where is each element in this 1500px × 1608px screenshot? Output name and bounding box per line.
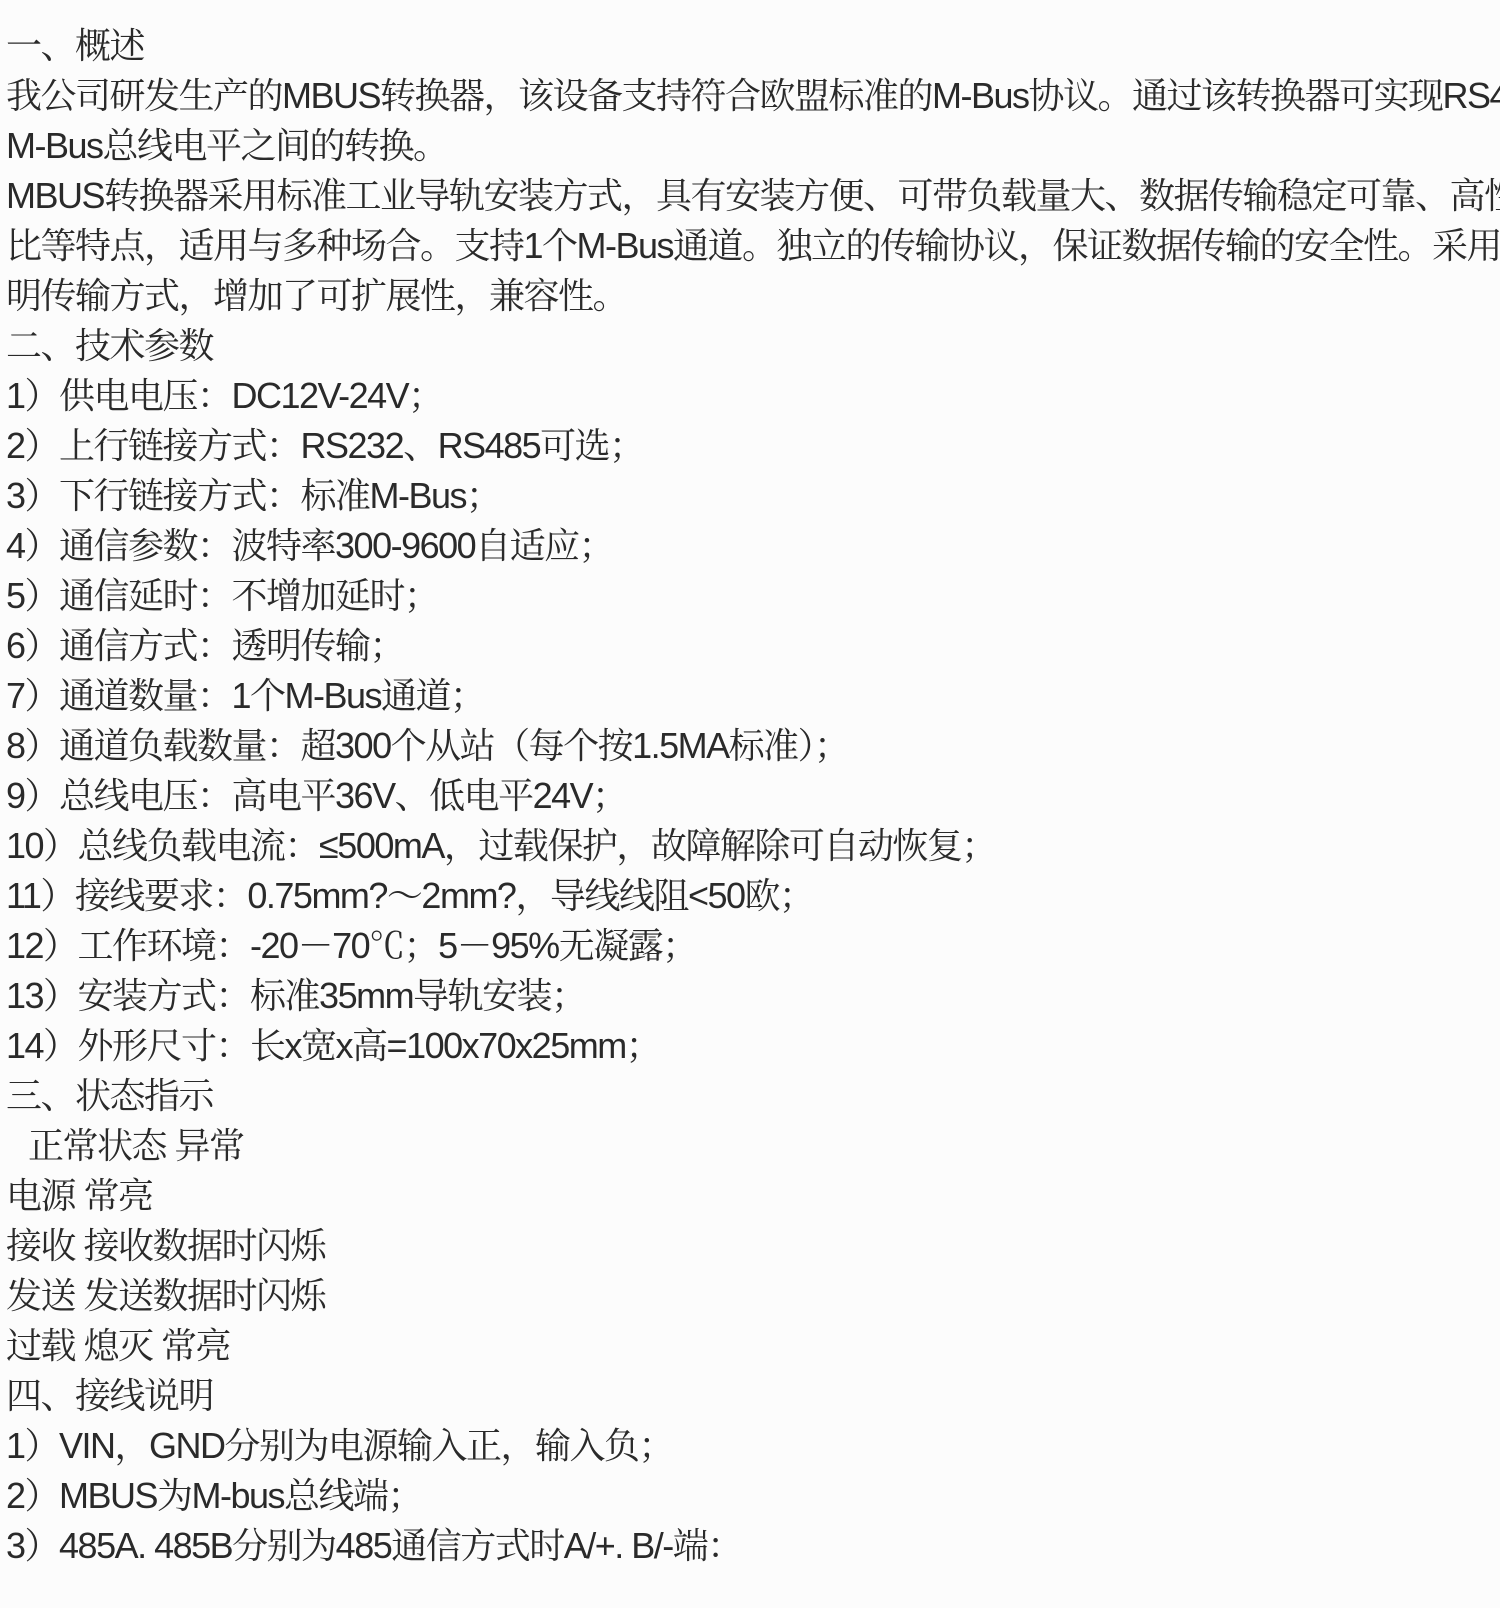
doc-line: 5）通信延时：不增加延时； <box>6 571 1500 621</box>
doc-line: 14）外形尺寸：长x宽x高=100x70x25mm； <box>6 1021 1500 1071</box>
section-wiring: 四、接线说明 1）VIN，GND分别为电源输入正，输入负； 2）MBUS为M-b… <box>6 1371 1500 1571</box>
doc-line: 明传输方式，增加了可扩展性，兼容性。 <box>6 271 1500 321</box>
section-tech-params: 二、技术参数 1）供电电压：DC12V-24V； 2）上行链接方式：RS232、… <box>6 321 1500 1071</box>
status-row-power: 电源 常亮 <box>6 1171 1500 1221</box>
section-status-indicators: 三、状态指示 正常状态 异常 电源 常亮 接收 接收数据时闪烁 发送 发送数据时… <box>6 1071 1500 1371</box>
status-row-send: 发送 发送数据时闪烁 <box>6 1271 1500 1321</box>
doc-line: 2）上行链接方式：RS232、RS485可选； <box>6 421 1500 471</box>
section-overview: 一、概述 我公司研发生产的MBUS转换器，该设备支持符合欧盟标准的M-Bus协议… <box>6 21 1500 321</box>
doc-line: 1）供电电压：DC12V-24V； <box>6 371 1500 421</box>
section-heading: 一、概述 <box>6 21 1500 71</box>
doc-line: 我公司研发生产的MBUS转换器，该设备支持符合欧盟标准的M-Bus协议。通过该转… <box>6 71 1500 121</box>
doc-line: 比等特点，适用与多种场合。支持1个M-Bus通道。独立的传输协议，保证数据传输的… <box>6 221 1500 271</box>
doc-line: M-Bus总线电平之间的转换。 <box>6 121 1500 171</box>
status-table-header: 正常状态 异常 <box>6 1121 1500 1171</box>
doc-line: 8）通道负载数量：超300个从站（每个按1.5MA标准）； <box>6 721 1500 771</box>
doc-line: 11）接线要求：0.75mm?～2mm?，导线线阻<50欧； <box>6 871 1500 921</box>
section-heading: 四、接线说明 <box>6 1371 1500 1421</box>
status-row-overload: 过载 熄灭 常亮 <box>6 1321 1500 1371</box>
doc-line: MBUS转换器采用标准工业导轨安装方式，具有安装方便、可带负载量大、数据传输稳定… <box>6 171 1500 221</box>
doc-line: 9）总线电压：高电平36V、低电平24V； <box>6 771 1500 821</box>
doc-line: 6）通信方式：透明传输； <box>6 621 1500 671</box>
document-page: 一、概述 我公司研发生产的MBUS转换器，该设备支持符合欧盟标准的M-Bus协议… <box>0 0 1500 1608</box>
doc-line: 10）总线负载电流：≤500mA，过载保护，故障解除可自动恢复； <box>6 821 1500 871</box>
doc-line: 1）VIN，GND分别为电源输入正，输入负； <box>6 1421 1500 1471</box>
section-heading: 三、状态指示 <box>6 1071 1500 1121</box>
doc-line: 7）通道数量：1个M-Bus通道； <box>6 671 1500 721</box>
doc-line: 3）下行链接方式：标准M-Bus； <box>6 471 1500 521</box>
doc-line: 2）MBUS为M-bus总线端； <box>6 1471 1500 1521</box>
doc-line: 13）安装方式：标准35mm导轨安装； <box>6 971 1500 1021</box>
status-row-receive: 接收 接收数据时闪烁 <box>6 1221 1500 1271</box>
doc-line: 12）工作环境：-20－70℃；5－95%无凝露； <box>6 921 1500 971</box>
doc-line: 3）485A. 485B分别为485通信方式时A/+. B/-端： <box>6 1521 1500 1571</box>
section-heading: 二、技术参数 <box>6 321 1500 371</box>
doc-line: 4）通信参数：波特率300-9600自适应； <box>6 521 1500 571</box>
